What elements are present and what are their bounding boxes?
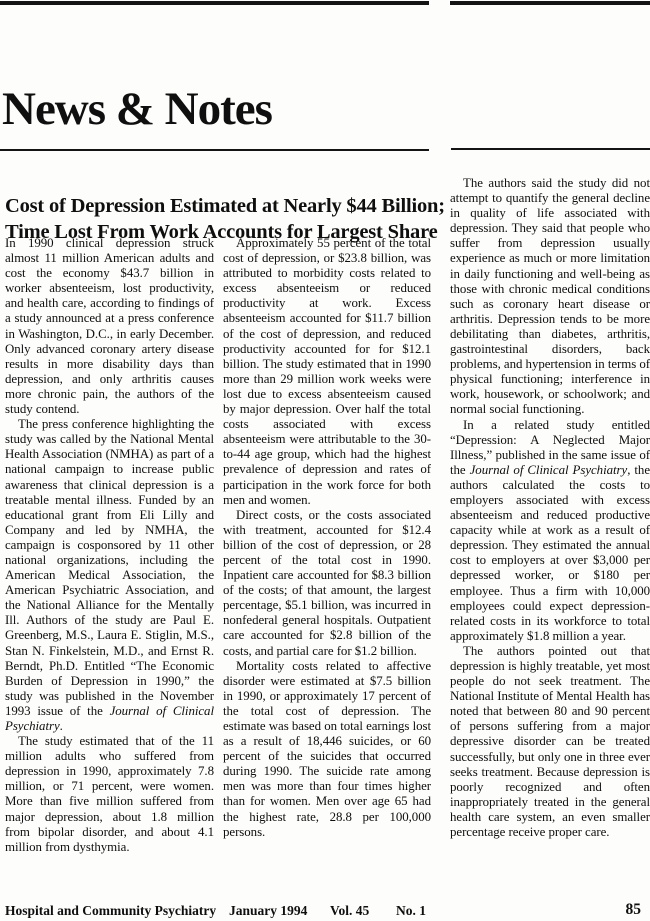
text-run: , the authors calculated the costs to em… xyxy=(450,463,650,643)
text-run: Direct costs, or the costs associated wi… xyxy=(223,508,431,658)
article-paragraph: In a related study entitled “Depression:… xyxy=(450,418,650,644)
article-column-1: In 1990 clinical depression struck almos… xyxy=(5,236,214,898)
header-rule-mid-right xyxy=(451,148,650,150)
article-paragraph: Direct costs, or the costs associated wi… xyxy=(223,508,431,659)
text-run: The press conference highlighting the st… xyxy=(5,417,214,718)
footer-volume: Vol. 45 xyxy=(330,903,369,919)
article-paragraph: The authors pointed out that depression … xyxy=(450,644,650,840)
text-run: The authors said the study did not attem… xyxy=(450,176,650,416)
section-title: News & Notes xyxy=(2,86,272,133)
header-rule-top-left xyxy=(0,1,429,5)
article-column-3: The authors said the study did not attem… xyxy=(450,176,650,898)
header-rule-mid-left xyxy=(0,149,429,151)
footer-issue-number: No. 1 xyxy=(396,903,426,919)
article-paragraph: In 1990 clinical depression struck almos… xyxy=(5,236,214,417)
text-run: Approximately 55 percent of the total co… xyxy=(223,236,431,507)
text-run: . xyxy=(60,719,63,733)
text-run: The authors pointed out that depression … xyxy=(450,644,650,839)
article-column-2: Approximately 55 percent of the total co… xyxy=(223,236,431,898)
footer-issue-date: January 1994 xyxy=(229,903,307,919)
article-paragraph: Approximately 55 percent of the total co… xyxy=(223,236,431,508)
header-rule-top-right xyxy=(450,1,650,5)
article-paragraph: The press conference highlighting the st… xyxy=(5,417,214,734)
footer-page-number: 85 xyxy=(626,901,642,919)
article-paragraph: The study estimated that of the 11 milli… xyxy=(5,734,214,855)
article-paragraph: The authors said the study did not attem… xyxy=(450,176,650,418)
text-run: The study estimated that of the 11 milli… xyxy=(5,734,214,854)
footer-journal-title: Hospital and Community Psychiatry xyxy=(5,903,216,919)
page-footer: Hospital and Community Psychiatry Januar… xyxy=(0,901,650,921)
text-run: Mortality costs related to affective dis… xyxy=(223,659,431,839)
text-run: In 1990 clinical depression struck almos… xyxy=(5,236,214,416)
journal-page: News & Notes Cost of Depression Estimate… xyxy=(0,0,650,921)
italic-text-run: Journal of Clinical Psychiatry xyxy=(470,463,628,477)
article-headline-line-1: Cost of Depression Estimated at Nearly $… xyxy=(5,193,435,219)
article-paragraph: Mortality costs related to affective dis… xyxy=(223,659,431,840)
